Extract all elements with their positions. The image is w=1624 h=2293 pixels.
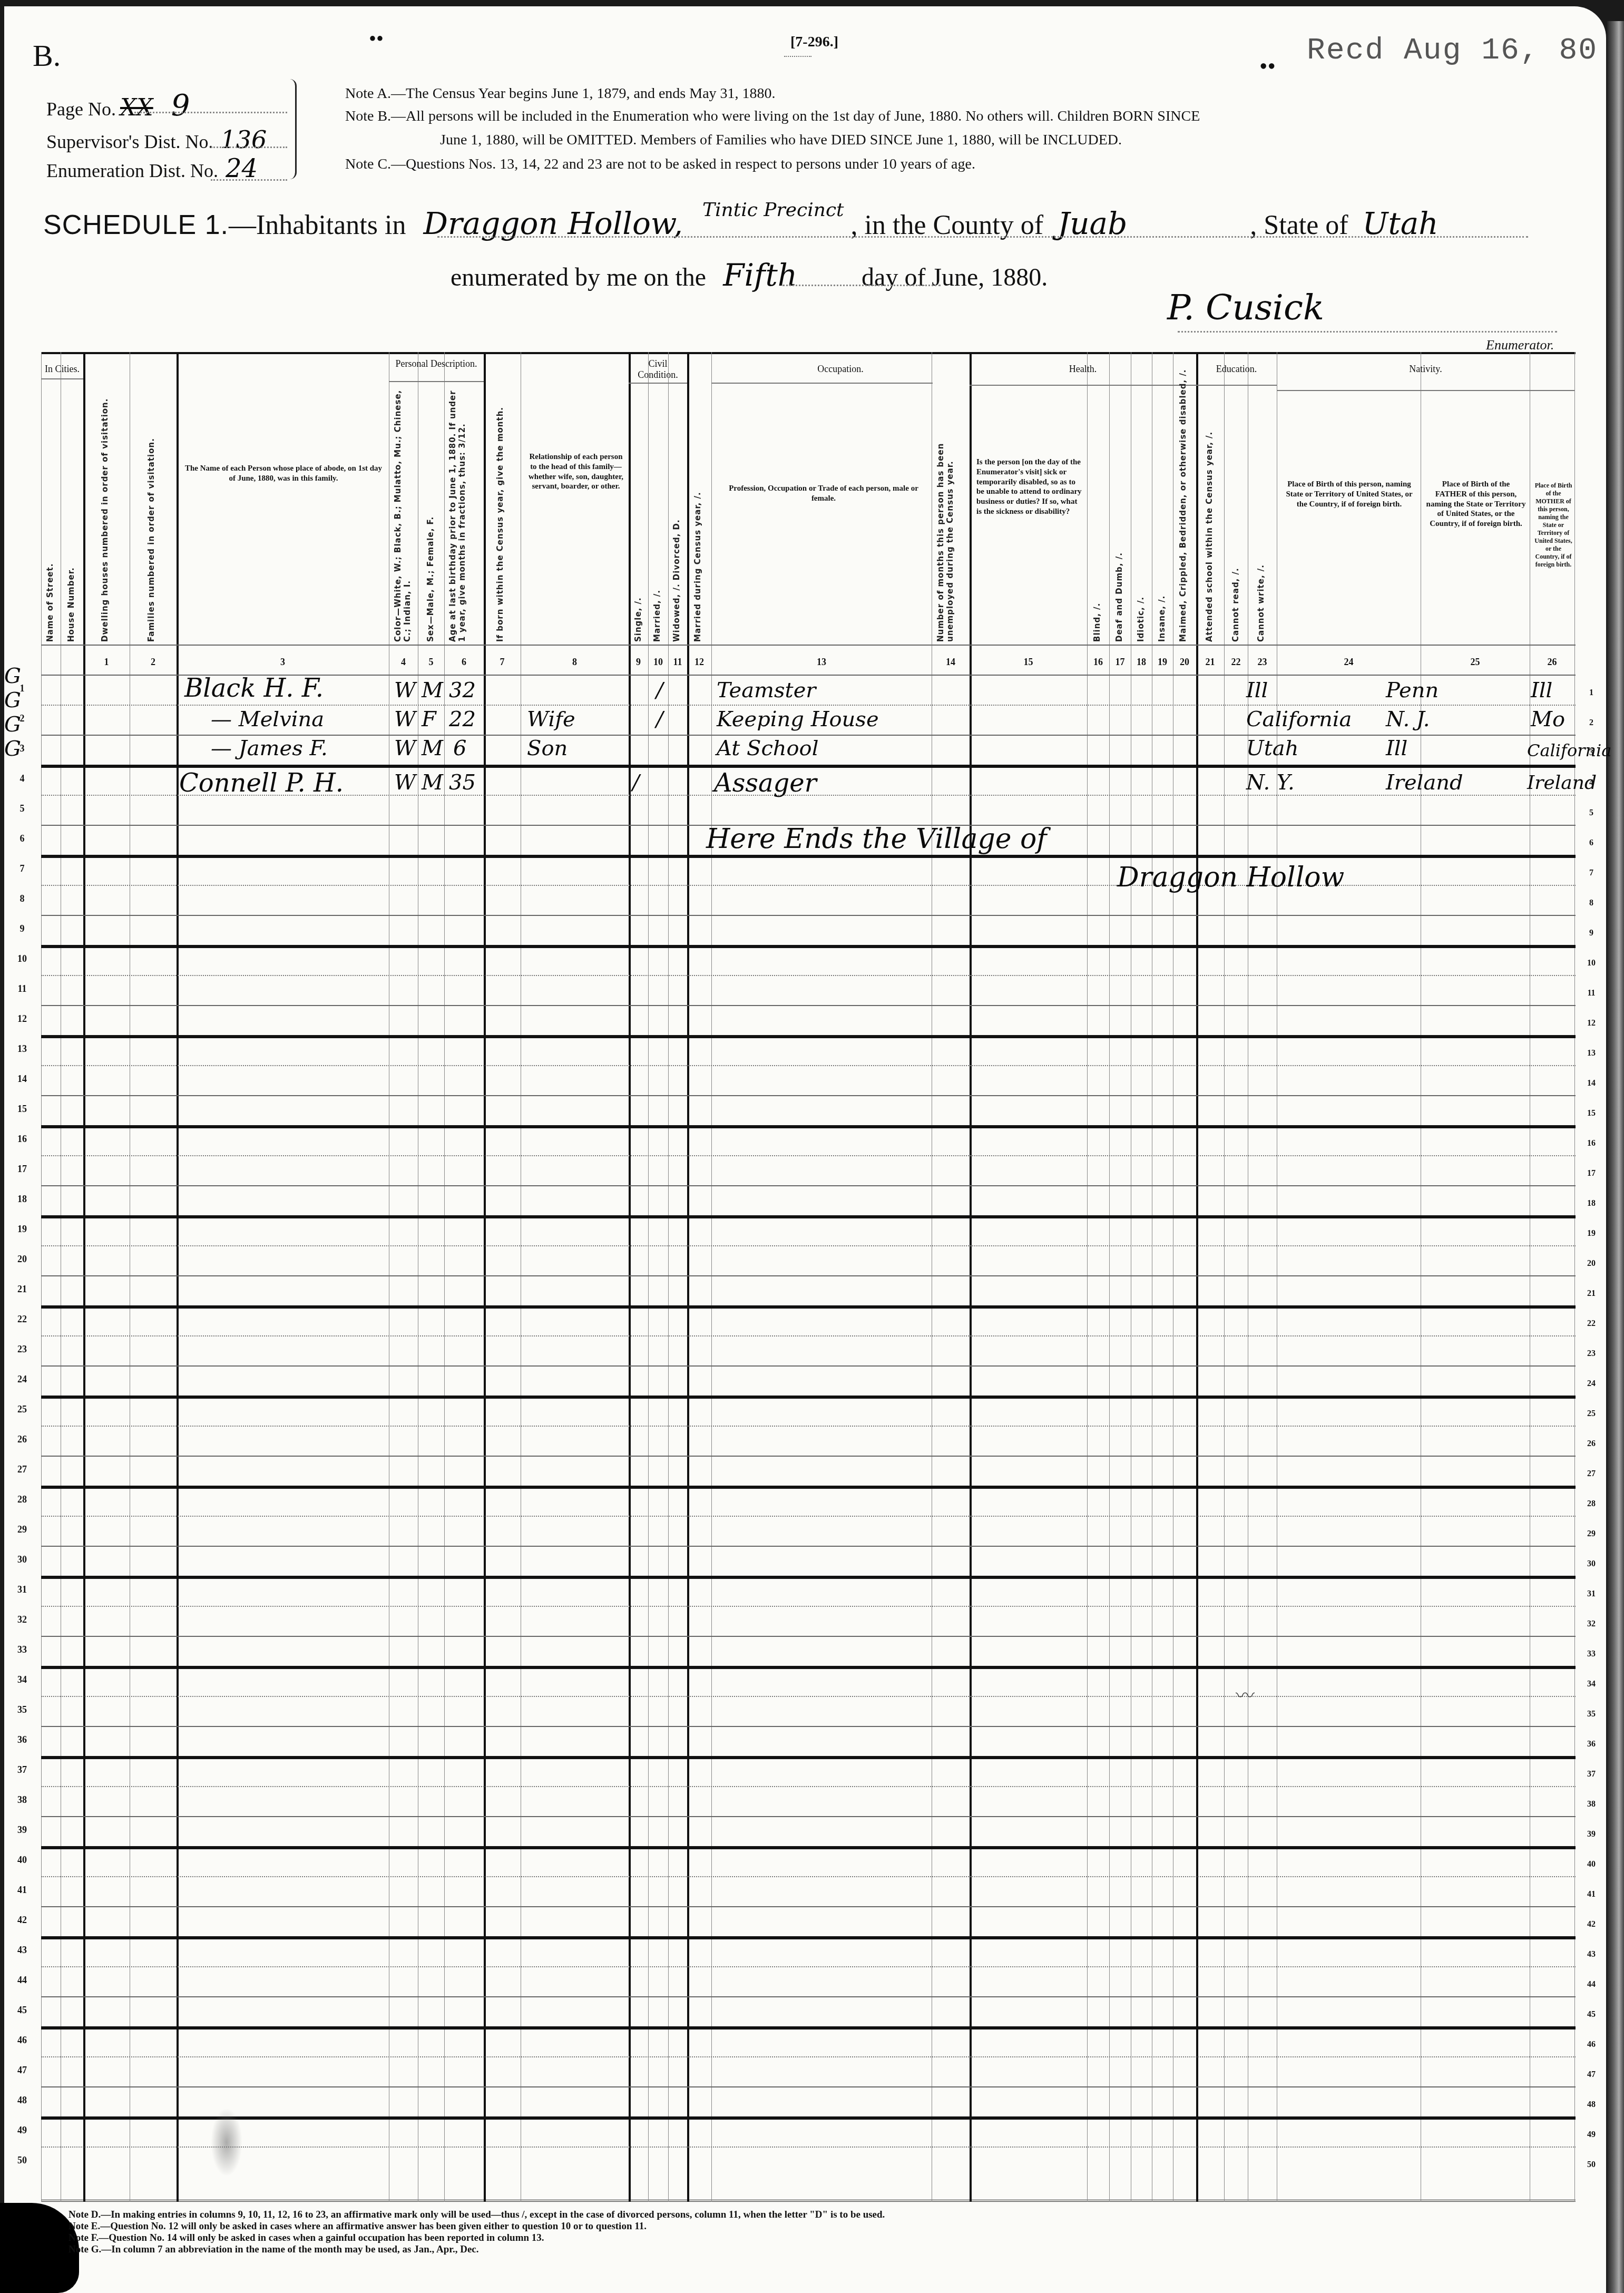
row-number-right: 34 bbox=[1581, 1680, 1602, 1689]
row-rule bbox=[41, 1636, 1576, 1637]
row-number-left: 29 bbox=[12, 1524, 33, 1535]
note-d: Note D.—In making entries in columns 9, … bbox=[69, 2209, 885, 2221]
row-number-left: 9 bbox=[12, 923, 33, 934]
schedule-caps: SCHEDULE 1. bbox=[43, 210, 229, 240]
entry-1-birthplace: Ill bbox=[1246, 680, 1268, 701]
row-number-right: 2 bbox=[1581, 718, 1602, 728]
header-father-birthplace: Place of Birth of the FATHER of this per… bbox=[1426, 480, 1526, 529]
binding-edge bbox=[1607, 21, 1624, 2293]
group-rule bbox=[1277, 390, 1574, 391]
entry-1-occupation: Teamster bbox=[717, 680, 816, 701]
entry-2-age: 22 bbox=[449, 709, 476, 730]
row-rule bbox=[41, 2056, 1576, 2057]
row-number-left: 11 bbox=[12, 983, 33, 994]
row-number-right: 22 bbox=[1581, 1319, 1602, 1329]
end-note-line-1: Here Ends the Village of bbox=[706, 823, 1047, 855]
row-number-left: 16 bbox=[12, 1134, 33, 1145]
col-border bbox=[444, 352, 445, 2202]
page-no-line bbox=[134, 112, 287, 113]
entry-4-age: 35 bbox=[449, 772, 476, 793]
row-rule bbox=[41, 1786, 1576, 1787]
row-rule bbox=[41, 1726, 1576, 1727]
header-birthplace: Place of Birth of this person, naming St… bbox=[1282, 480, 1416, 509]
row-number-right: 33 bbox=[1581, 1650, 1602, 1659]
supervisor-dist-value: 136 bbox=[221, 125, 267, 154]
row-number-right: 37 bbox=[1581, 1770, 1602, 1779]
row-number-left: 43 bbox=[12, 1945, 33, 1956]
colnum-1: 1 bbox=[83, 657, 130, 668]
row-rule bbox=[41, 1546, 1576, 1547]
row-rule bbox=[41, 1275, 1576, 1276]
row-number-left: 25 bbox=[12, 1404, 33, 1415]
colnum-18: 18 bbox=[1131, 657, 1152, 668]
header-blind: Blind, /. bbox=[1092, 579, 1102, 642]
sheet-letter: B. bbox=[33, 38, 61, 73]
row-number-left: 47 bbox=[12, 2065, 33, 2076]
row-number-right: 23 bbox=[1581, 1349, 1602, 1359]
colnum-16: 16 bbox=[1087, 657, 1109, 668]
end-note-line-2: Draggon Hollow bbox=[1117, 862, 1344, 893]
supervisor-district-field: Supervisor's Dist. No. 136 bbox=[46, 125, 267, 154]
header-unemployed: Number of months this person has been un… bbox=[936, 389, 962, 642]
stamp-dots: •• bbox=[1259, 53, 1276, 80]
row-number-left: 10 bbox=[12, 953, 33, 964]
row-number-left: 38 bbox=[12, 1794, 33, 1806]
row-number-left: 27 bbox=[12, 1464, 33, 1475]
col-border bbox=[1224, 352, 1225, 2202]
row-rule bbox=[41, 1456, 1576, 1457]
header-families: Families numbered in order of visitation… bbox=[146, 431, 156, 642]
col-border bbox=[668, 352, 669, 2202]
col-border bbox=[83, 352, 85, 2202]
colnum-11: 11 bbox=[668, 657, 687, 668]
row-number-right: 13 bbox=[1581, 1049, 1602, 1058]
col-border bbox=[1173, 352, 1173, 2202]
smudge bbox=[211, 2108, 242, 2177]
group-personal: Personal Description. bbox=[389, 358, 484, 369]
row-number-right: 16 bbox=[1581, 1139, 1602, 1148]
row-number-right: 43 bbox=[1581, 1950, 1602, 1959]
row-rule bbox=[41, 1906, 1576, 1907]
entry-2-birthplace: California bbox=[1246, 709, 1352, 730]
colnum-19: 19 bbox=[1152, 657, 1173, 668]
entry-4-birthplace: N. Y. bbox=[1246, 772, 1295, 793]
col-border bbox=[1152, 352, 1152, 2202]
entry-1-sex: M bbox=[422, 680, 443, 701]
colnum-26: 26 bbox=[1530, 657, 1574, 668]
header-brace bbox=[290, 79, 297, 179]
col-border bbox=[418, 352, 418, 2202]
table-bottom-border bbox=[41, 2200, 1576, 2202]
row-number-right: 7 bbox=[1581, 869, 1602, 878]
entry-2-color: W bbox=[394, 709, 416, 730]
note-c: Note C.—Questions Nos. 13, 14, 22 and 23… bbox=[345, 156, 975, 173]
row-rule bbox=[41, 1606, 1576, 1607]
faint-mark-row-35: 〰 bbox=[1236, 1681, 1255, 1708]
row-number-left: 41 bbox=[12, 1885, 33, 1896]
precinct-value: Tintic Precinct bbox=[702, 199, 844, 221]
colnum-13: 13 bbox=[711, 657, 932, 668]
col-border bbox=[521, 352, 521, 2202]
colnum-14: 14 bbox=[932, 657, 970, 668]
entry-1-name: Black H. F. bbox=[184, 676, 324, 701]
note-e: Note E.—Question No. 12 will only be ask… bbox=[69, 2221, 647, 2232]
row-number-left: 26 bbox=[12, 1434, 33, 1445]
entry-4-name: Connell P. H. bbox=[179, 770, 344, 796]
row-rule bbox=[41, 1155, 1576, 1156]
row-number-left: 18 bbox=[12, 1194, 33, 1205]
row-number-right: 36 bbox=[1581, 1740, 1602, 1749]
day-value: Fifth bbox=[723, 257, 797, 293]
group-civil: Civil Condition. bbox=[629, 358, 687, 380]
header-single: Single, /. bbox=[633, 573, 643, 642]
enumeration-date-line: enumerated by me on the Fifth day of Jun… bbox=[451, 257, 1048, 293]
row-number-left: 31 bbox=[12, 1584, 33, 1595]
row-number-right: 19 bbox=[1581, 1229, 1602, 1238]
row-number-right: 1 bbox=[1581, 688, 1602, 698]
col-border bbox=[1109, 352, 1110, 2202]
row-number-left: 14 bbox=[12, 1074, 33, 1085]
col-border bbox=[648, 352, 649, 2202]
row-rule bbox=[41, 1486, 1576, 1489]
entry-4-sex: M bbox=[422, 772, 443, 793]
entry-2-father-birthplace: N. J. bbox=[1386, 709, 1430, 730]
row-rule bbox=[41, 2116, 1576, 2120]
entry-2-married: / bbox=[656, 709, 663, 730]
note-b-continued: June 1, 1880, will be OMITTED. Members o… bbox=[440, 132, 1122, 149]
form-number: [7-296.] bbox=[790, 34, 838, 51]
row-number-right: 14 bbox=[1581, 1079, 1602, 1088]
month-year-label: day of June, 1880. bbox=[862, 264, 1048, 291]
colnum-15: 15 bbox=[970, 657, 1087, 668]
entry-2-name: — Melvina bbox=[211, 709, 324, 730]
row-rule bbox=[41, 1035, 1576, 1038]
row-number-left: 15 bbox=[12, 1104, 33, 1115]
census-table: In Cities. Personal Description. Civil C… bbox=[41, 352, 1576, 2202]
colnum-6: 6 bbox=[444, 657, 484, 668]
signature-dotline bbox=[1178, 331, 1557, 333]
row-number-left: 2 bbox=[12, 713, 33, 724]
row-rule bbox=[41, 975, 1576, 976]
colnum-5: 5 bbox=[418, 657, 444, 668]
col-border bbox=[970, 352, 972, 2202]
entry-4-mother-birthplace: Ireland bbox=[1527, 774, 1597, 793]
row-rule bbox=[41, 1185, 1576, 1186]
row-rule bbox=[41, 735, 1576, 736]
header-idiotic: Idiotic, /. bbox=[1136, 579, 1146, 642]
header-insane: Insane, /. bbox=[1157, 579, 1167, 642]
col-border bbox=[1574, 352, 1575, 2202]
title-dotline bbox=[437, 236, 1528, 238]
group-in-cities: In Cities. bbox=[41, 364, 83, 375]
row-number-right: 17 bbox=[1581, 1169, 1602, 1178]
col-border bbox=[389, 352, 389, 2202]
col-border bbox=[629, 352, 631, 2202]
row-number-left: 46 bbox=[12, 2035, 33, 2046]
group-rule bbox=[1196, 385, 1277, 386]
row-number-left: 30 bbox=[12, 1554, 33, 1565]
row-rule bbox=[41, 705, 1576, 706]
colnum-8: 8 bbox=[521, 657, 629, 668]
group-rule bbox=[41, 378, 83, 379]
supervisor-dist-line bbox=[211, 147, 287, 148]
col-border bbox=[932, 352, 932, 2202]
header-deaf: Deaf and Dumb, /. bbox=[1114, 505, 1124, 642]
row-number-left: 49 bbox=[12, 2125, 33, 2136]
row-rule bbox=[41, 1065, 1576, 1066]
entry-4-father-birthplace: Ireland bbox=[1386, 772, 1463, 793]
row-number-left: 42 bbox=[12, 1915, 33, 1926]
header-married-census: Married during Census year, /. bbox=[693, 473, 702, 642]
row-number-right: 47 bbox=[1581, 2070, 1602, 2080]
row-number-left: 1 bbox=[12, 683, 33, 694]
col-border bbox=[1277, 352, 1277, 2202]
row-rule bbox=[41, 855, 1576, 858]
header-house: House Number. bbox=[66, 484, 76, 642]
row-number-left: 13 bbox=[12, 1043, 33, 1055]
row-number-right: 32 bbox=[1581, 1619, 1602, 1629]
header-name: The Name of each Person whose place of a… bbox=[183, 464, 384, 484]
row-number-left: 32 bbox=[12, 1614, 33, 1625]
header-maimed: Maimed, Crippled, Bedridden, or otherwis… bbox=[1178, 389, 1188, 642]
page-number-field: Page No. XX 9 bbox=[46, 89, 190, 123]
row-rule bbox=[41, 1936, 1576, 1939]
row-number-right: 44 bbox=[1581, 1980, 1602, 1989]
row-number-right: 10 bbox=[1581, 959, 1602, 968]
entry-4-occupation: Assager bbox=[714, 770, 817, 796]
enumerated-label: enumerated by me on the bbox=[451, 264, 706, 291]
header-dwelling: Dwelling houses numbered in order of vis… bbox=[100, 399, 110, 642]
row-number-right: 41 bbox=[1581, 1890, 1602, 1899]
row-number-left: 40 bbox=[12, 1855, 33, 1866]
row-number-right: 24 bbox=[1581, 1379, 1602, 1389]
row-number-right: 21 bbox=[1581, 1289, 1602, 1299]
entry-4-color: W bbox=[394, 772, 416, 793]
row-rule bbox=[41, 1816, 1576, 1817]
header-sex: Sex—Male, M.; Female, F. bbox=[426, 484, 435, 642]
row-number-right: 5 bbox=[1581, 808, 1602, 818]
row-number-right: 9 bbox=[1581, 929, 1602, 938]
supervisor-dist-label: Supervisor's Dist. No. bbox=[46, 131, 213, 152]
entry-2-sex: F bbox=[422, 709, 436, 730]
col-border bbox=[41, 352, 42, 2202]
row-number-right: 30 bbox=[1581, 1559, 1602, 1569]
row-number-right: 12 bbox=[1581, 1019, 1602, 1028]
colnum-3: 3 bbox=[177, 657, 389, 668]
colnum-25: 25 bbox=[1421, 657, 1530, 668]
inhabitants-label: —Inhabitants in bbox=[229, 210, 406, 240]
received-stamp: Recd Aug 16, 80 bbox=[1307, 34, 1598, 68]
row-number-left: 44 bbox=[12, 1975, 33, 1986]
enumeration-dist-line bbox=[211, 179, 287, 181]
row-rule bbox=[41, 1966, 1576, 1967]
note-a: Note A.—The Census Year begins June 1, 1… bbox=[345, 85, 776, 102]
col-border bbox=[1087, 352, 1088, 2202]
page-no-value: 9 bbox=[171, 89, 190, 123]
entry-3-color: W bbox=[394, 738, 416, 759]
row-number-right: 38 bbox=[1581, 1800, 1602, 1809]
enumerator-signature: P. Cusick bbox=[1167, 287, 1324, 328]
header-married: Married, /. bbox=[652, 573, 662, 642]
row-number-right: 35 bbox=[1581, 1710, 1602, 1719]
row-number-right: 25 bbox=[1581, 1409, 1602, 1419]
header-occupation: Profession, Occupation or Trade of each … bbox=[721, 484, 926, 504]
col-border bbox=[711, 352, 712, 2202]
page-no-label: Page No. bbox=[46, 99, 116, 120]
row-number-left: 37 bbox=[12, 1764, 33, 1775]
row-number-left: 28 bbox=[12, 1494, 33, 1505]
row-number-right: 27 bbox=[1581, 1469, 1602, 1479]
row-rule bbox=[41, 1996, 1576, 1997]
header-born-month: If born within the Census year, give the… bbox=[495, 405, 505, 642]
colnum-21: 21 bbox=[1196, 657, 1224, 668]
row-rule bbox=[41, 1426, 1576, 1427]
colnum-20: 20 bbox=[1173, 657, 1196, 668]
row-number-left: 4 bbox=[12, 773, 33, 784]
row-rule bbox=[41, 885, 1576, 886]
header-relationship: Relationship of each person to the head … bbox=[526, 452, 626, 492]
note-b: Note B.—All persons will be included in … bbox=[345, 108, 1200, 125]
row-number-right: 18 bbox=[1581, 1199, 1602, 1208]
row-rule bbox=[41, 1756, 1576, 1759]
row-rule bbox=[41, 1396, 1576, 1399]
group-rule bbox=[711, 383, 933, 384]
row-number-left: 19 bbox=[12, 1224, 33, 1235]
header-widowed: Widowed, /. Divorced, D. bbox=[672, 500, 681, 642]
entry-1-father-birthplace: Penn bbox=[1386, 680, 1439, 701]
row-number-left: 17 bbox=[12, 1164, 33, 1175]
col-border bbox=[61, 352, 61, 2202]
row-number-right: 39 bbox=[1581, 1830, 1602, 1839]
row-number-left: 50 bbox=[12, 2155, 33, 2166]
row-number-right: 31 bbox=[1581, 1589, 1602, 1599]
entry-3-birthplace: Utah bbox=[1246, 738, 1298, 759]
colnum-22: 22 bbox=[1224, 657, 1248, 668]
col-border bbox=[484, 352, 486, 2202]
col-border bbox=[1131, 352, 1131, 2202]
header-cannot-write: Cannot write, /. bbox=[1256, 552, 1266, 642]
row-number-left: 24 bbox=[12, 1374, 33, 1385]
header-mother-birthplace: Place of Birth of the MOTHER of this per… bbox=[1533, 482, 1573, 569]
col-border bbox=[1530, 352, 1530, 2202]
row-rule bbox=[41, 1305, 1576, 1309]
colnum-9: 9 bbox=[629, 657, 648, 668]
entry-1-age: 32 bbox=[449, 680, 476, 701]
row-rule bbox=[41, 1215, 1576, 1218]
group-rule bbox=[389, 381, 484, 382]
group-education: Education. bbox=[1196, 364, 1277, 375]
row-number-right: 45 bbox=[1581, 2010, 1602, 2019]
entry-3-sex: M bbox=[422, 738, 443, 759]
row-rule bbox=[41, 1245, 1576, 1246]
row-number-left: 12 bbox=[12, 1013, 33, 1024]
row-number-left: 23 bbox=[12, 1344, 33, 1355]
row-number-right: 8 bbox=[1581, 899, 1602, 908]
enumeration-dist-label: Enumeration Dist. No. bbox=[46, 160, 218, 181]
colnum-23: 23 bbox=[1248, 657, 1277, 668]
header-color: Color—White, W.; Black, B.; Mulatto, Mu.… bbox=[393, 389, 414, 642]
row-rule bbox=[41, 1696, 1576, 1697]
col-border bbox=[1196, 352, 1198, 2202]
entry-2-occupation: Keeping House bbox=[717, 709, 879, 730]
entry-1-mother-birthplace: Ill bbox=[1531, 680, 1552, 701]
entry-3-name: — James F. bbox=[211, 738, 328, 759]
row-number-left: 20 bbox=[12, 1254, 33, 1265]
row-number-right: 50 bbox=[1581, 2160, 1602, 2170]
group-rule bbox=[629, 383, 687, 384]
row-rule bbox=[41, 1005, 1576, 1006]
entry-1-married: / bbox=[656, 680, 663, 701]
row-number-left: 8 bbox=[12, 893, 33, 904]
table-top-border bbox=[41, 352, 1576, 354]
row-number-left: 3 bbox=[12, 743, 33, 754]
group-health: Health. bbox=[970, 364, 1196, 375]
entry-2-mother-birthplace: Mo bbox=[1531, 709, 1565, 730]
col-border bbox=[177, 352, 179, 2202]
row-number-left: 22 bbox=[12, 1314, 33, 1325]
note-g: Note G.—In column 7 an abbreviation in t… bbox=[69, 2244, 479, 2256]
row-number-left: 33 bbox=[12, 1644, 33, 1655]
entry-3-occupation: At School bbox=[717, 738, 819, 759]
col-border bbox=[687, 352, 689, 2202]
row-rule bbox=[41, 945, 1576, 948]
entry-4-single: / bbox=[632, 772, 639, 793]
row-rule bbox=[41, 1576, 1576, 1579]
row-number-left: 7 bbox=[12, 863, 33, 874]
entry-3-relationship: Son bbox=[527, 738, 568, 759]
group-rule bbox=[970, 385, 1196, 386]
row-rule bbox=[41, 2026, 1576, 2029]
col-border bbox=[1421, 352, 1421, 2202]
row-rule bbox=[41, 1516, 1576, 1517]
header-cannot-read: Cannot read, /. bbox=[1231, 552, 1240, 642]
row-number-left: 36 bbox=[12, 1734, 33, 1745]
entry-1-color: W bbox=[394, 680, 416, 701]
header-age: Age at last birthday prior to June 1, 18… bbox=[448, 389, 480, 642]
group-nativity: Nativity. bbox=[1277, 364, 1574, 375]
row-number-left: 48 bbox=[12, 2095, 33, 2106]
group-occupation: Occupation. bbox=[711, 364, 970, 375]
page-no-struck: XX bbox=[120, 94, 153, 121]
day-dotline bbox=[782, 285, 941, 286]
entry-3-age: 6 bbox=[453, 738, 466, 759]
row-number-left: 6 bbox=[12, 833, 33, 844]
header-rule bbox=[41, 645, 1576, 646]
row-rule bbox=[41, 765, 1576, 768]
row-rule bbox=[41, 1365, 1576, 1367]
row-rule bbox=[41, 2146, 1576, 2148]
row-number-right: 28 bbox=[1581, 1499, 1602, 1509]
row-number-right: 26 bbox=[1581, 1439, 1602, 1449]
col-border bbox=[1248, 352, 1248, 2202]
header-street: Name of Street. bbox=[45, 484, 55, 642]
note-f: Note F.—Question No. 14 will only be ask… bbox=[69, 2232, 544, 2244]
colnum-4: 4 bbox=[389, 657, 418, 668]
ink-marks: •• bbox=[369, 26, 384, 51]
row-number-left: 45 bbox=[12, 2005, 33, 2016]
row-rule bbox=[41, 1125, 1576, 1128]
row-number-left: 39 bbox=[12, 1824, 33, 1836]
row-number-left: 35 bbox=[12, 1704, 33, 1715]
row-rule bbox=[41, 1876, 1576, 1877]
row-number-right: 40 bbox=[1581, 1860, 1602, 1869]
entry-3-mother-birthplace: California bbox=[1527, 742, 1611, 759]
row-number-right: 29 bbox=[1581, 1529, 1602, 1539]
row-rule bbox=[41, 915, 1576, 916]
row-number-right: 48 bbox=[1581, 2100, 1602, 2110]
colnum-2: 2 bbox=[130, 657, 177, 668]
colnum-12: 12 bbox=[687, 657, 711, 668]
